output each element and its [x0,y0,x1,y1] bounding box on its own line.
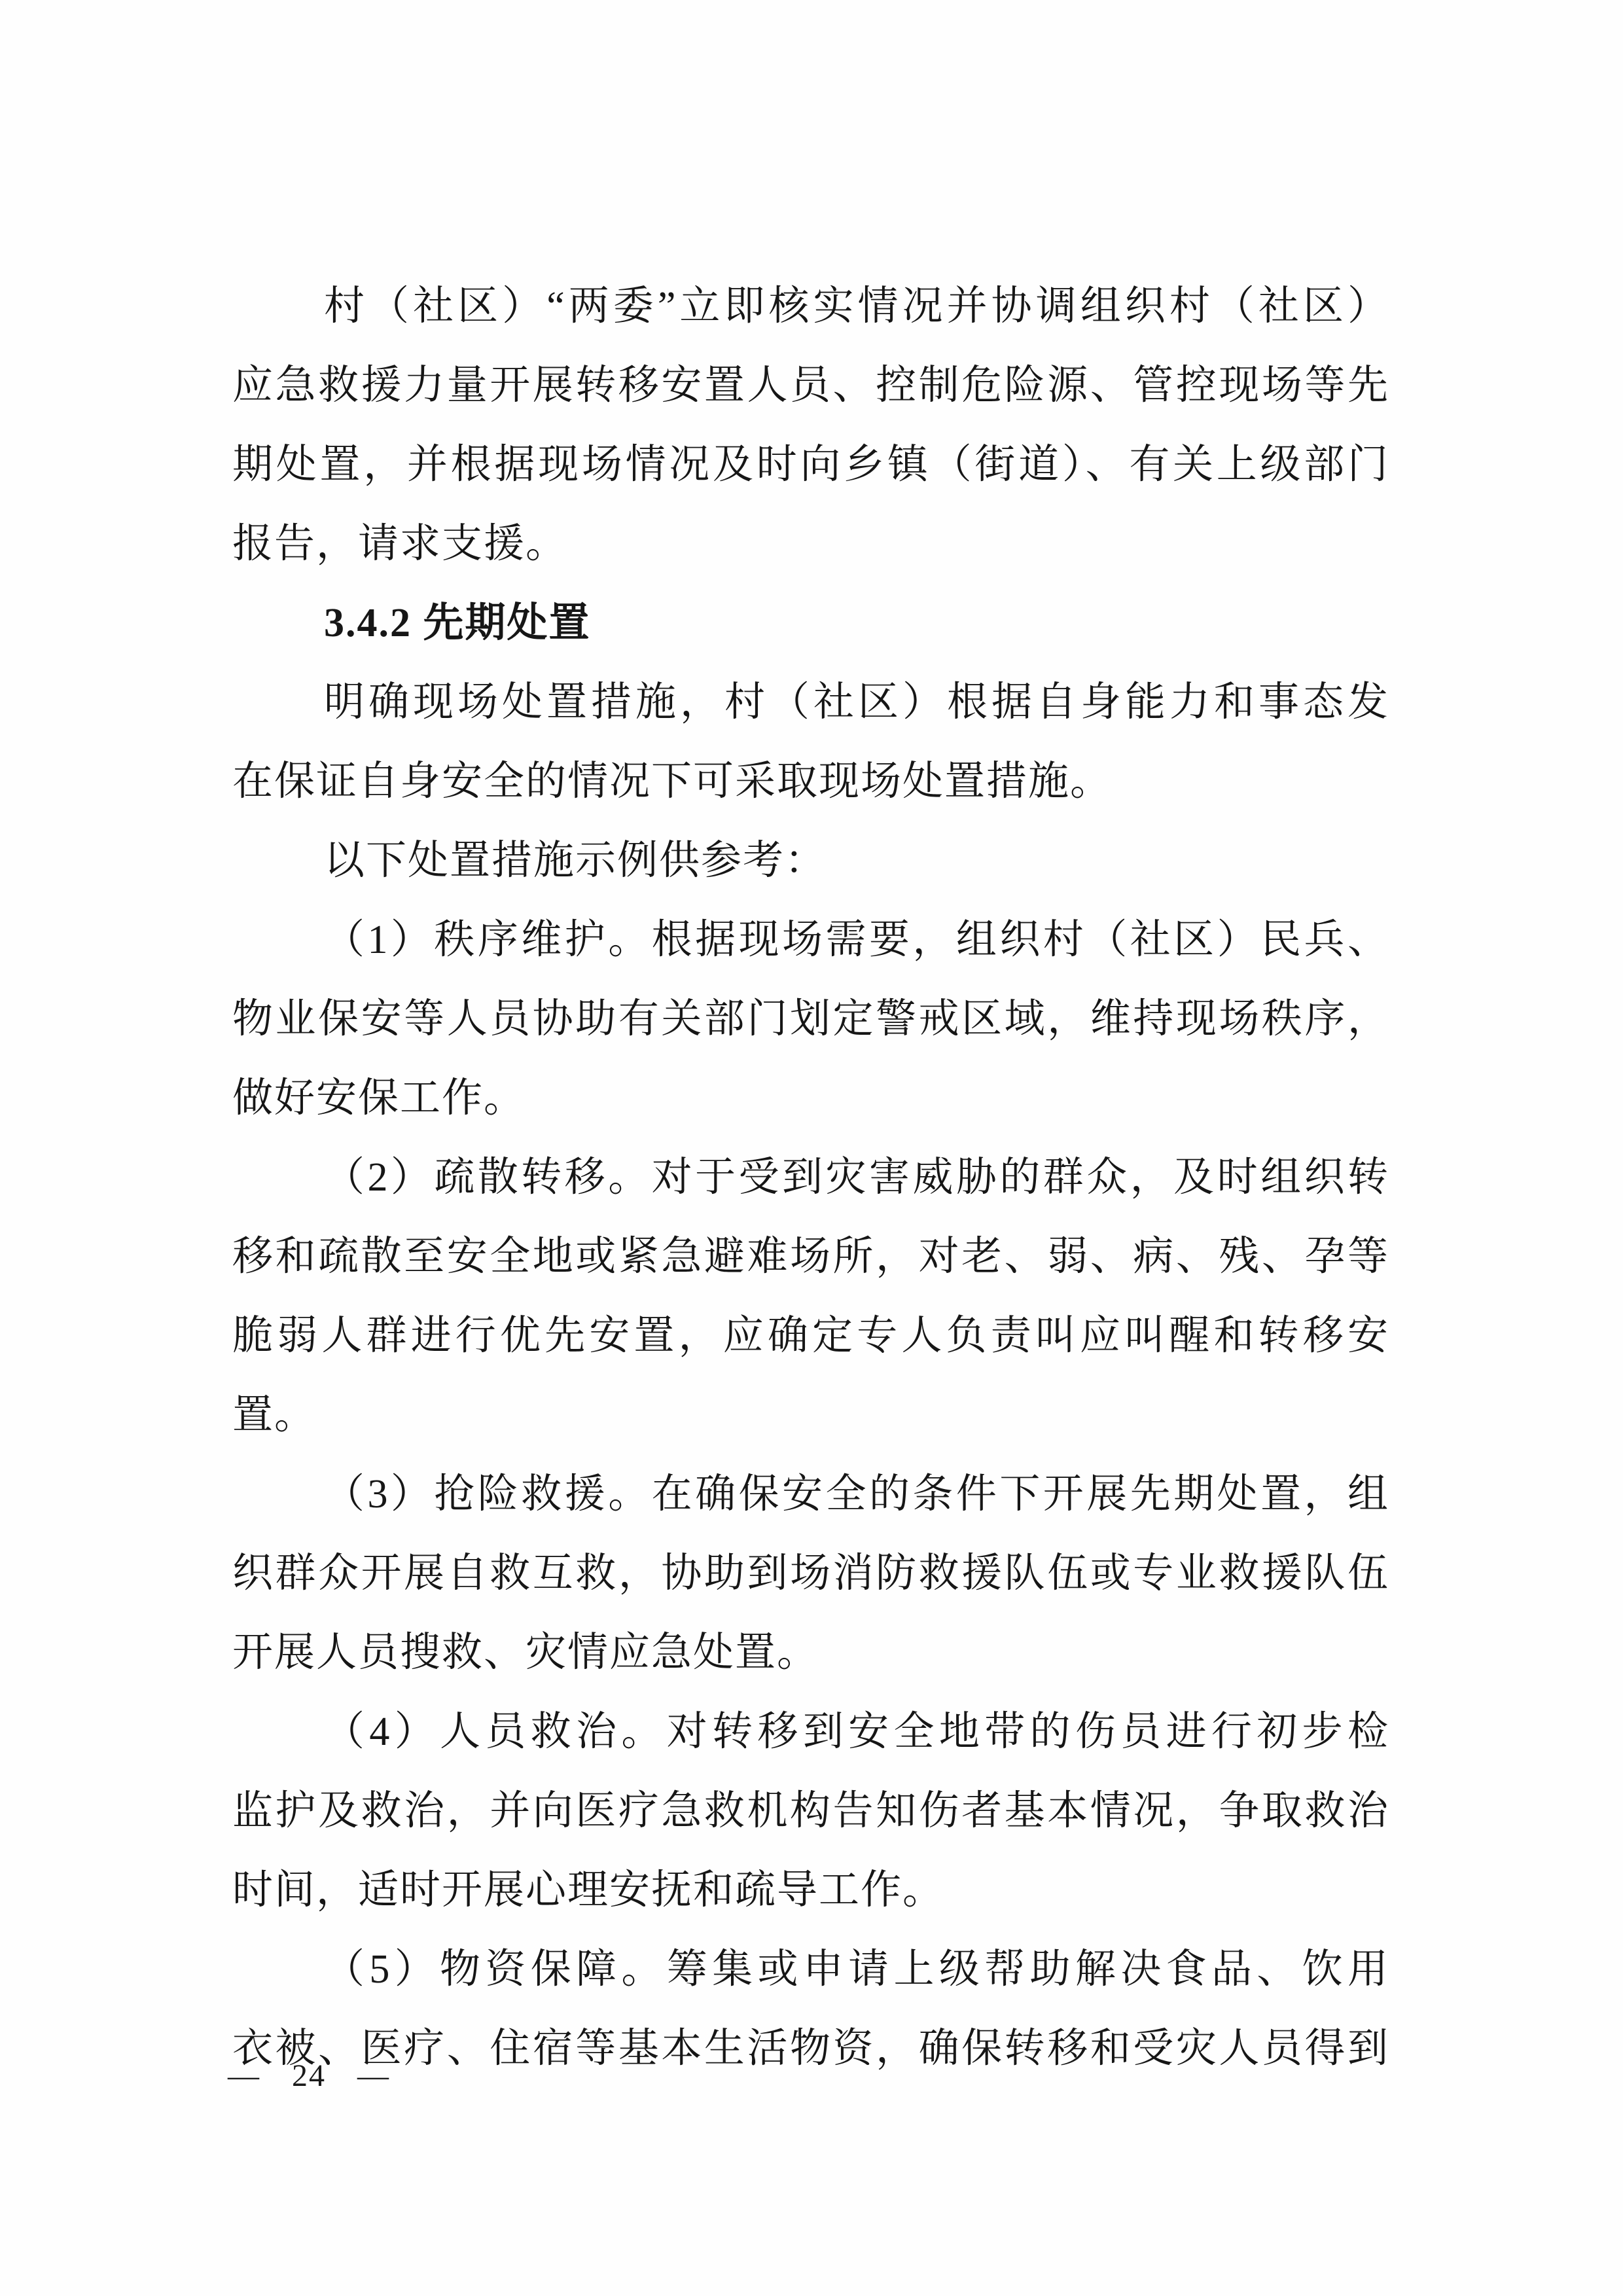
text-line: 时间，适时开展心理安抚和疏导工作。 [232,1851,1389,1930]
text-line: 脆弱人群进行优先安置，应确定专人负责叫应叫醒和转移安 [232,1297,1389,1376]
text-line: 村（社区）“两委”立即核实情况并协调组织村（社区） [232,267,1389,346]
section-heading: 3.4.2 先期处置 [232,584,1389,663]
text-line: 做好安保工作。 [232,1059,1389,1138]
text-line: 移和疏散至安全地或紧急避难场所，对老、弱、病、残、孕等 [232,1217,1389,1297]
text-line: 报告，请求支援。 [232,505,1389,584]
text-line: 开展人员搜救、灾情应急处置。 [232,1613,1389,1693]
text-line: 以下处置措施示例供参考： [232,821,1389,901]
text-line: 织群众开展自救互救，协助到场消防救援队伍或专业救援队伍 [232,1534,1389,1613]
page-number: — 24 — [228,2056,390,2096]
text-line: 应急救援力量开展转移安置人员、控制危险源、管控现场等先 [232,346,1389,425]
text-line: （3）抢险救援。在确保安全的条件下开展先期处置，组 [232,1455,1389,1534]
text-line: 置。 [232,1376,1389,1455]
text-line: 在保证自身安全的情况下可采取现场处置措施。 [232,742,1389,821]
text-line: 期处置，并根据现场情况及时向乡镇（街道）、有关上级部门 [232,425,1389,505]
text-line: 明确现场处置措施，村（社区）根据自身能力和事态发展， [232,663,1389,742]
text-line: 衣被、医疗、住宿等基本生活物资，确保转移和受灾人员得到 [232,2009,1389,2089]
text-line: （2）疏散转移。对于受到灾害威胁的群众，及时组织转 [232,1138,1389,1217]
document-body: 村（社区）“两委”立即核实情况并协调组织村（社区） 应急救援力量开展转移安置人员… [232,267,1389,2089]
text-line: （1）秩序维护。根据现场需要，组织村（社区）民兵、 [232,901,1389,980]
text-line: 物业保安等人员协助有关部门划定警戒区域，维持现场秩序， [232,980,1389,1059]
document-page: 村（社区）“两委”立即核实情况并协调组织村（社区） 应急救援力量开展转移安置人员… [0,0,1623,2296]
text-line: （5）物资保障。筹集或申请上级帮助解决食品、饮用水、 [232,1930,1389,2009]
text-line: （4）人员救治。对转移到安全地带的伤员进行初步检查、 [232,1693,1389,1772]
text-line: 监护及救治，并向医疗急救机构告知伤者基本情况，争取救治 [232,1772,1389,1851]
